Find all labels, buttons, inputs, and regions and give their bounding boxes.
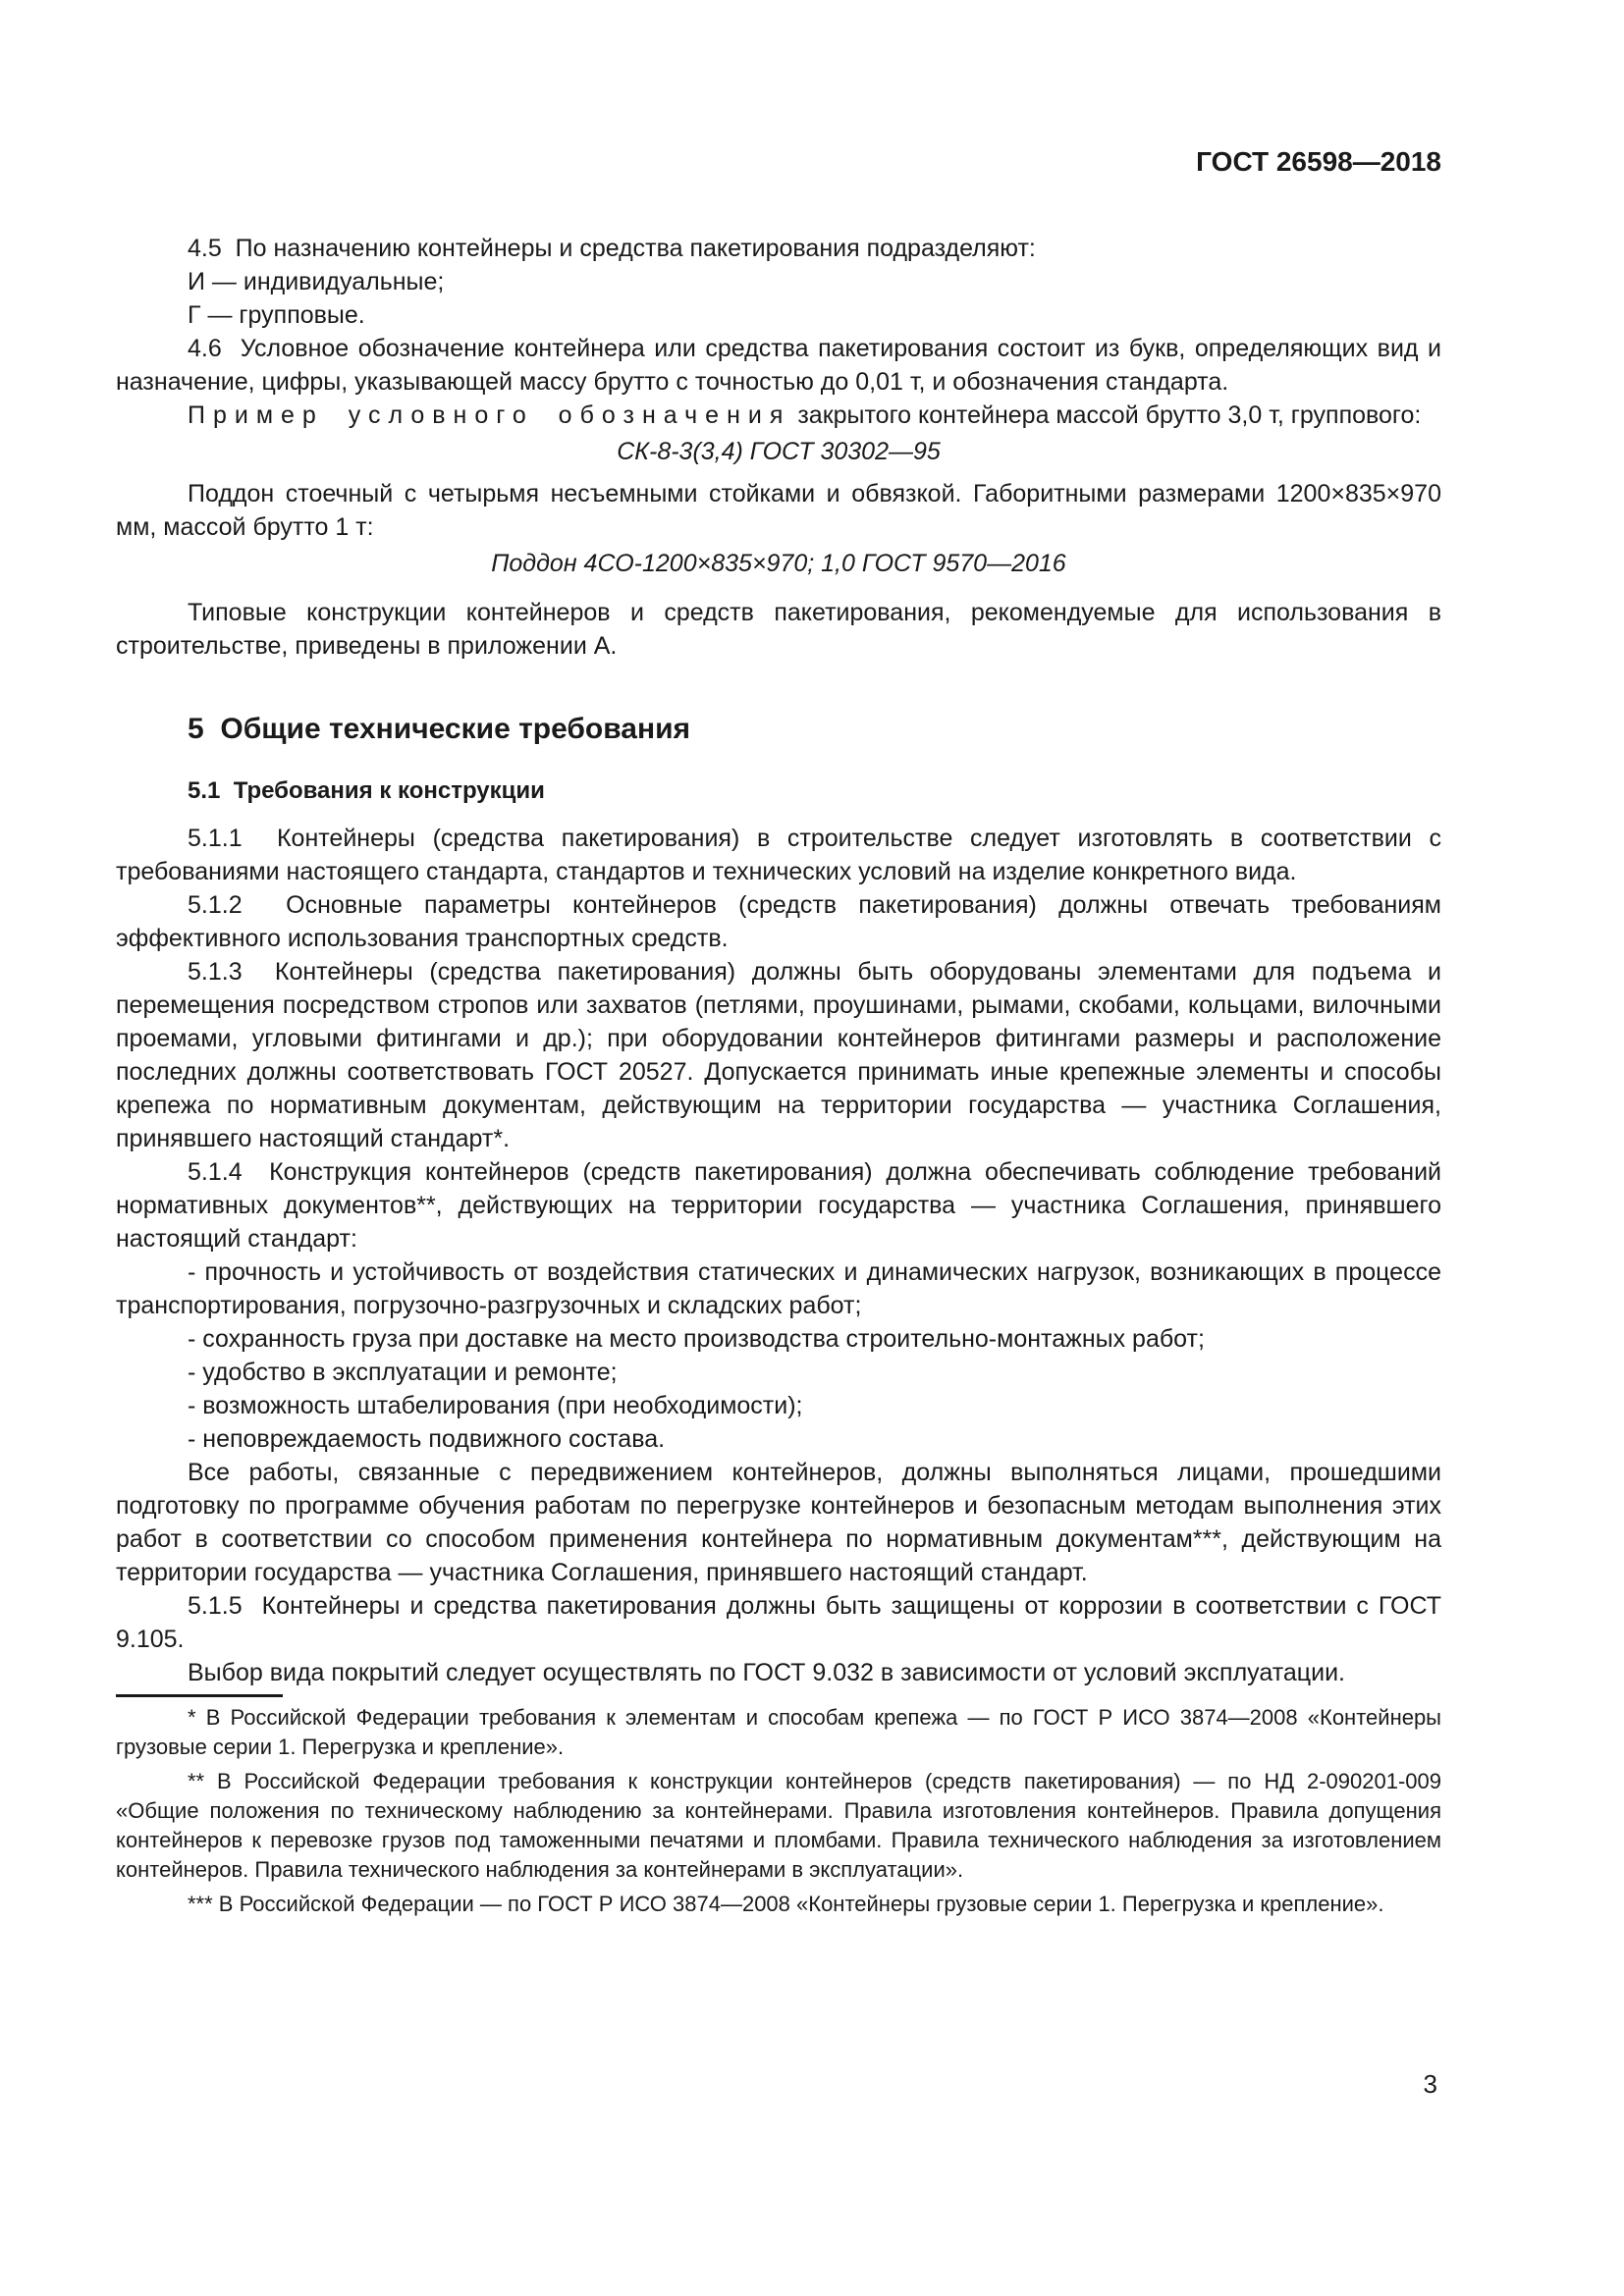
bullet-usability: - удобство в эксплуатации и ремонте; xyxy=(116,1356,1441,1389)
section-5-1-heading: 5.1 Требования к конструкции xyxy=(116,776,1441,806)
bullet-strength: - прочность и устойчивость от воздействи… xyxy=(116,1255,1441,1322)
document-body: 4.5 По назначению контейнеры и средства … xyxy=(116,232,1441,1689)
para-typical-designs: Типовые конструкции контейнеров и средст… xyxy=(116,596,1441,663)
para-all-works: Все работы, связанные с передвижением ко… xyxy=(116,1456,1441,1589)
para-pallet: Поддон стоечный с четырьмя несъемными ст… xyxy=(116,477,1441,544)
footnote-2: ** В Российской Федерации требования к к… xyxy=(116,1767,1441,1885)
list-item-individual: И — индивидуальные; xyxy=(116,265,1441,298)
footnote-separator xyxy=(116,1694,283,1697)
para-5-1-4: 5.1.4 Конструкция контейнеров (средств п… xyxy=(116,1155,1441,1255)
example-term-rest: закрытого контейнера массой брутто 3,0 т… xyxy=(790,401,1421,429)
bullet-rolling-stock: - неповреждаемость подвижного состава. xyxy=(116,1422,1441,1456)
formula-container-designation: СК-8-3(3,4) ГОСТ 30302—95 xyxy=(116,435,1441,468)
list-item-group: Г — групповые. xyxy=(116,298,1441,332)
para-example-intro: Пример условного обозначения закрытого к… xyxy=(116,399,1441,432)
section-5-heading: 5 Общие технические требования xyxy=(116,712,1441,747)
page-header: ГОСТ 26598—2018 xyxy=(116,0,1441,177)
para-5-1-2: 5.1.2 Основные параметры контейнеров (ср… xyxy=(116,888,1441,955)
footnote-1: * В Российской Федерации требования к эл… xyxy=(116,1703,1441,1762)
para-5-1-1: 5.1.1 Контейнеры (средства пакетирования… xyxy=(116,822,1441,888)
bullet-stacking: - возможность штабелирования (при необхо… xyxy=(116,1389,1441,1422)
example-term-spaced: Пример условного обозначения xyxy=(188,401,790,429)
bullet-cargo-safety: - сохранность груза при доставке на мест… xyxy=(116,1322,1441,1356)
para-4-5: 4.5 По назначению контейнеры и средства … xyxy=(116,232,1441,265)
para-5-1-3: 5.1.3 Контейнеры (средства пакетирования… xyxy=(116,955,1441,1155)
para-coating-choice: Выбор вида покрытий следует осуществлять… xyxy=(116,1656,1441,1689)
document-page: ГОСТ 26598—2018 4.5 По назначению контей… xyxy=(0,0,1624,2296)
page-content-column: ГОСТ 26598—2018 4.5 По назначению контей… xyxy=(116,0,1441,1919)
formula-pallet-designation: Поддон 4СО-1200×835×970; 1,0 ГОСТ 9570—2… xyxy=(116,547,1441,580)
para-4-6: 4.6 Условное обозначение контейнера или … xyxy=(116,332,1441,399)
footnote-3: *** В Российской Федерации — по ГОСТ Р И… xyxy=(116,1890,1441,1919)
para-5-1-5: 5.1.5 Контейнеры и средства пакетировани… xyxy=(116,1589,1441,1656)
doc-code: ГОСТ 26598—2018 xyxy=(1196,146,1441,177)
footnotes-block: * В Российской Федерации требования к эл… xyxy=(116,1703,1441,1919)
page-number: 3 xyxy=(1424,2069,1437,2099)
